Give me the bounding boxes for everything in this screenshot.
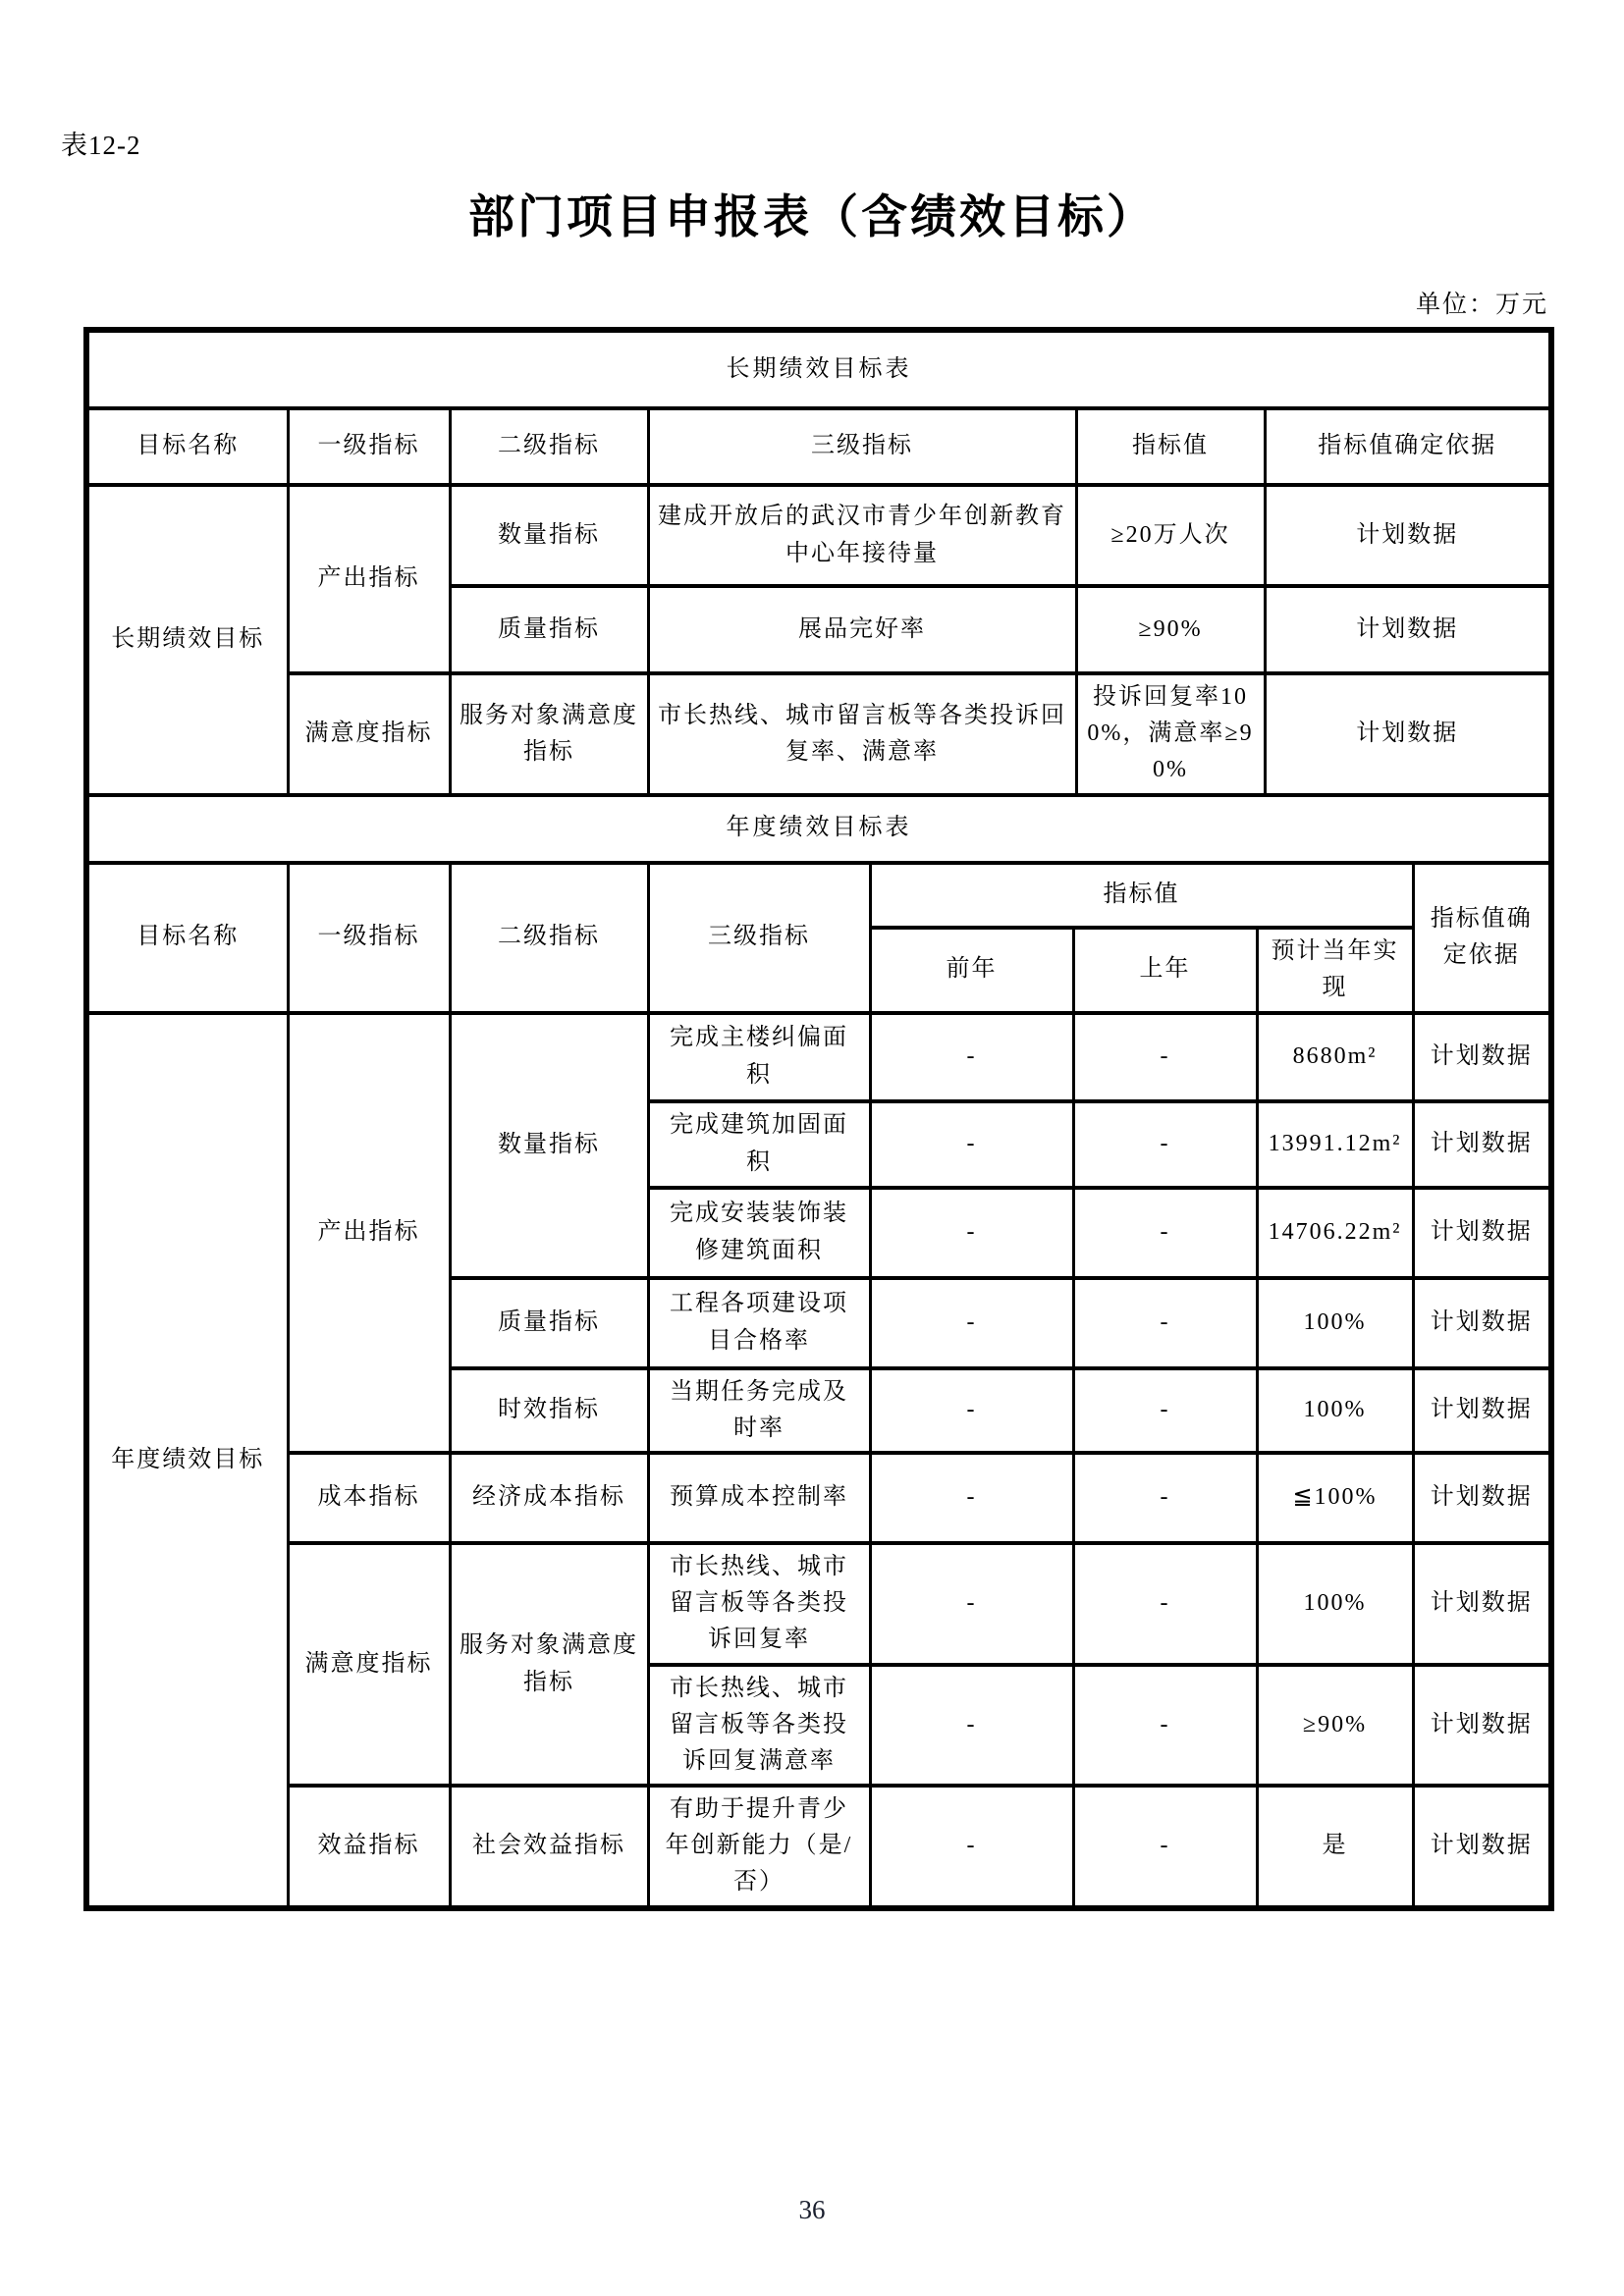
cell-value-basis: 计划数据	[1413, 1188, 1551, 1278]
cell-value-basis: 计划数据	[1265, 673, 1551, 795]
cell-value-basis: 计划数据	[1413, 1278, 1551, 1368]
cell-value-basis: 计划数据	[1413, 1368, 1551, 1453]
cell-expected-value: 8680m²	[1257, 1013, 1413, 1101]
cell-expected-value: 13991.12m²	[1257, 1101, 1413, 1188]
cell-last-year: -	[1073, 1188, 1257, 1278]
cell-expected-value: 是	[1257, 1786, 1413, 1908]
cell-year-before-last: -	[870, 1453, 1073, 1543]
cell-year-before-last: -	[870, 1188, 1073, 1278]
cell-year-before-last: -	[870, 1101, 1073, 1188]
header-goal-name: 目标名称	[86, 408, 288, 485]
cell-satisfaction-indicator: 满意度指标	[288, 1543, 450, 1786]
header-value-basis: 指标值确定依据	[1413, 863, 1551, 1013]
cell-year-before-last: -	[870, 1665, 1073, 1787]
header-level3-indicator: 三级指标	[648, 408, 1076, 485]
cell-annual-goal: 年度绩效目标	[86, 1013, 288, 1908]
long-term-section-title: 长期绩效目标表	[86, 330, 1551, 408]
cell-last-year: -	[1073, 1665, 1257, 1787]
cell-level3-text: 市长热线、城市留言板等各类投诉回复率、满意率	[648, 673, 1076, 795]
cell-year-before-last: -	[870, 1278, 1073, 1368]
page-number: 36	[0, 2195, 1624, 2225]
cell-last-year: -	[1073, 1543, 1257, 1665]
cell-quantity-indicator: 数量指标	[450, 1013, 648, 1278]
cell-expected-value: 14706.22m²	[1257, 1188, 1413, 1278]
cell-indicator-value: ≥90%	[1076, 586, 1265, 673]
cell-level3-text: 当期任务完成及时率	[648, 1368, 870, 1453]
cell-indicator-value: 投诉回复率100%，满意率≥90%	[1076, 673, 1265, 795]
cell-value-basis: 计划数据	[1413, 1013, 1551, 1101]
cell-expected-value: ≥90%	[1257, 1665, 1413, 1787]
cell-level3-text: 完成建筑加固面积	[648, 1101, 870, 1188]
cell-output-indicator: 产出指标	[288, 485, 450, 673]
cell-expected-value: 100%	[1257, 1368, 1413, 1453]
cell-year-before-last: -	[870, 1543, 1073, 1665]
cell-indicator-value: ≥20万人次	[1076, 485, 1265, 586]
cell-value-basis: 计划数据	[1265, 485, 1551, 586]
cell-last-year: -	[1073, 1013, 1257, 1101]
cell-level3-text: 完成主楼纠偏面积	[648, 1013, 870, 1101]
cell-timeliness-indicator: 时效指标	[450, 1368, 648, 1453]
header-level1-indicator: 一级指标	[288, 408, 450, 485]
cell-value-basis: 计划数据	[1413, 1101, 1551, 1188]
cell-level3-text: 预算成本控制率	[648, 1453, 870, 1543]
header-last-year: 上年	[1073, 928, 1257, 1013]
cell-level3-text: 完成安装装饰装修建筑面积	[648, 1188, 870, 1278]
cell-quality-indicator: 质量指标	[450, 586, 648, 673]
cell-quality-indicator: 质量指标	[450, 1278, 648, 1368]
cell-last-year: -	[1073, 1786, 1257, 1908]
header-goal-name: 目标名称	[86, 863, 288, 1013]
header-indicator-value-group: 指标值	[870, 863, 1413, 928]
cell-level3-text: 展品完好率	[648, 586, 1076, 673]
cell-year-before-last: -	[870, 1786, 1073, 1908]
cell-social-benefit-indicator: 社会效益指标	[450, 1786, 648, 1908]
header-year-before-last: 前年	[870, 928, 1073, 1013]
cell-value-basis: 计划数据	[1413, 1453, 1551, 1543]
cell-last-year: -	[1073, 1453, 1257, 1543]
cell-level3-text: 工程各项建设项目合格率	[648, 1278, 870, 1368]
cell-last-year: -	[1073, 1278, 1257, 1368]
cell-expected-value: 100%	[1257, 1278, 1413, 1368]
annual-table: 年度绩效目标表 目标名称 一级指标 二级指标 三级指标 指标值 指标值确定依据 …	[83, 797, 1554, 1911]
header-indicator-value: 指标值	[1076, 408, 1265, 485]
cell-value-basis: 计划数据	[1413, 1665, 1551, 1787]
cell-level3-text: 建成开放后的武汉市青少年创新教育中心年接待量	[648, 485, 1076, 586]
header-expected-current-year: 预计当年实现	[1257, 928, 1413, 1013]
cell-level3-text: 市长热线、城市留言板等各类投诉回复满意率	[648, 1665, 870, 1787]
cell-benefit-indicator: 效益指标	[288, 1786, 450, 1908]
cell-level3-text: 有助于提升青少年创新能力（是/否）	[648, 1786, 870, 1908]
header-level1-indicator: 一级指标	[288, 863, 450, 1013]
cell-expected-value: ≦100%	[1257, 1453, 1413, 1543]
cell-value-basis: 计划数据	[1413, 1543, 1551, 1665]
cell-economic-cost-indicator: 经济成本指标	[450, 1453, 648, 1543]
cell-level3-text: 市长热线、城市留言板等各类投诉回复率	[648, 1543, 870, 1665]
long-term-table: 长期绩效目标表 目标名称 一级指标 二级指标 三级指标 指标值 指标值确定依据 …	[83, 327, 1554, 797]
page-title: 部门项目申报表（含绩效目标）	[0, 181, 1624, 246]
performance-tables: 长期绩效目标表 目标名称 一级指标 二级指标 三级指标 指标值 指标值确定依据 …	[83, 327, 1548, 1911]
annual-section-title: 年度绩效目标表	[86, 797, 1551, 863]
cell-value-basis: 计划数据	[1413, 1786, 1551, 1908]
header-level2-indicator: 二级指标	[450, 408, 648, 485]
cell-expected-value: 100%	[1257, 1543, 1413, 1665]
cell-last-year: -	[1073, 1368, 1257, 1453]
cell-service-satisfaction-indicator: 服务对象满意度指标	[450, 673, 648, 795]
cell-long-term-goal: 长期绩效目标	[86, 485, 288, 795]
cell-satisfaction-indicator: 满意度指标	[288, 673, 450, 795]
table-label: 表12-2	[61, 124, 141, 162]
header-level2-indicator: 二级指标	[450, 863, 648, 1013]
cell-year-before-last: -	[870, 1368, 1073, 1453]
cell-last-year: -	[1073, 1101, 1257, 1188]
header-level3-indicator: 三级指标	[648, 863, 870, 1013]
header-value-basis: 指标值确定依据	[1265, 408, 1551, 485]
cell-quantity-indicator: 数量指标	[450, 485, 648, 586]
cell-output-indicator: 产出指标	[288, 1013, 450, 1453]
cell-value-basis: 计划数据	[1265, 586, 1551, 673]
document-page: 表12-2 部门项目申报表（含绩效目标） 单位：万元 长期绩效目标表 目标名称 …	[0, 0, 1624, 2296]
cell-year-before-last: -	[870, 1013, 1073, 1101]
cell-service-satisfaction-indicator: 服务对象满意度指标	[450, 1543, 648, 1786]
cell-cost-indicator: 成本指标	[288, 1453, 450, 1543]
unit-note: 单位：万元	[1416, 285, 1548, 320]
